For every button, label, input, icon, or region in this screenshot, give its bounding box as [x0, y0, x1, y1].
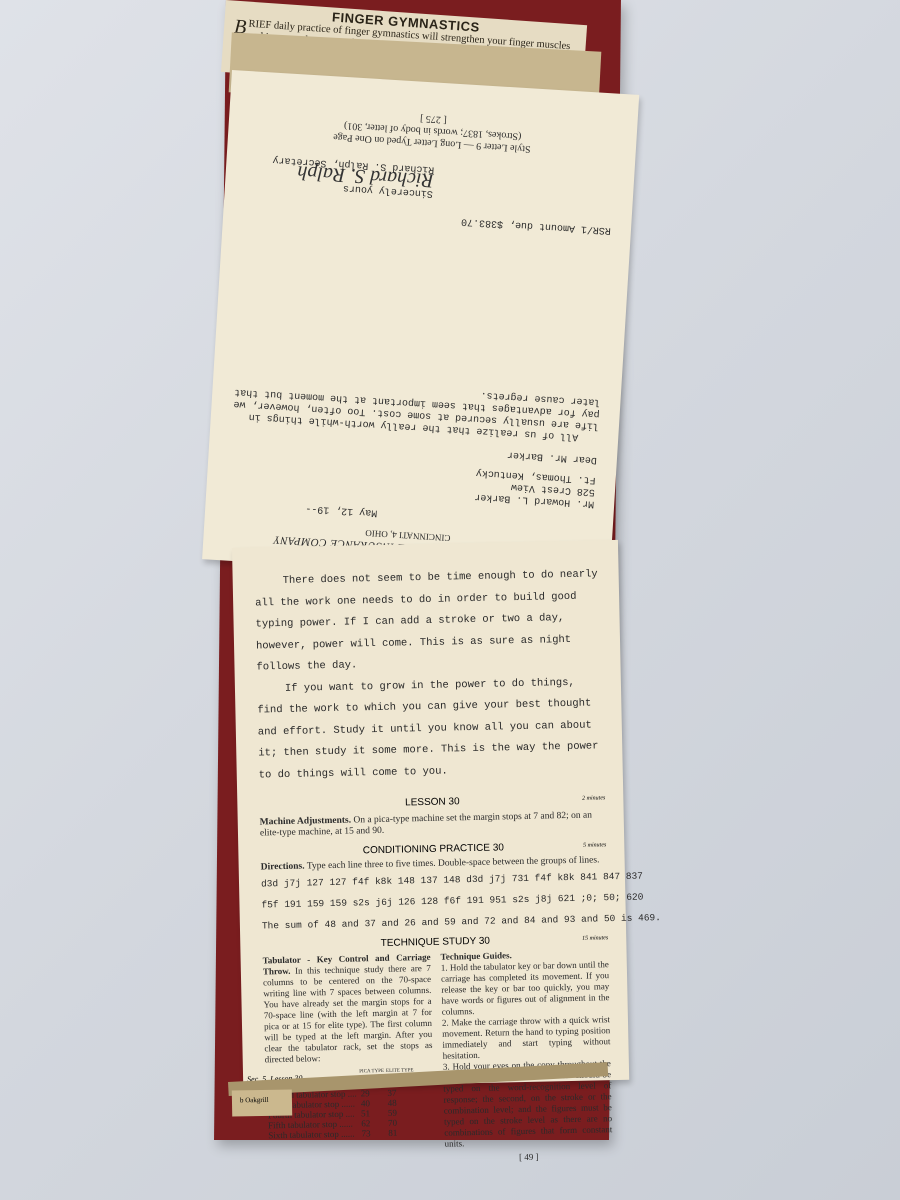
- photo-scene: FINGER GYMNASTICS BRIEF daily practice o…: [0, 0, 900, 1200]
- typed-paragraphs: There does not seem to be time enough to…: [254, 564, 604, 786]
- letter-body: All of us realize that the really worth-…: [231, 373, 601, 443]
- machine-adjustments: Machine Adjustments. On a pica-type mach…: [260, 810, 606, 839]
- upper-page-letter: CENTRAL EQUITABLE LIFE INSURANCE COMPANY…: [202, 70, 639, 584]
- technique-right: Technique Guides. 1. Hold the tabulator …: [441, 948, 613, 1164]
- lower-page-number: [ 49 ]: [445, 1150, 613, 1165]
- lower-page-lesson: There does not seem to be time enough to…: [232, 540, 629, 1088]
- technique-left: Tabulator - Key Control and Carriage Thr…: [263, 952, 435, 1168]
- technique-columns: Tabulator - Key Control and Carriage Thr…: [263, 948, 613, 1168]
- lesson-title: LESSON 302 minutes: [259, 793, 605, 811]
- spine-label: b Oakgrill: [232, 1089, 292, 1116]
- drill-lines: d3d j7j 127 127 f4f k8k 148 137 148 d3d …: [261, 866, 608, 936]
- payment-line: RSR/1 Amount due, $383.70: [243, 201, 611, 235]
